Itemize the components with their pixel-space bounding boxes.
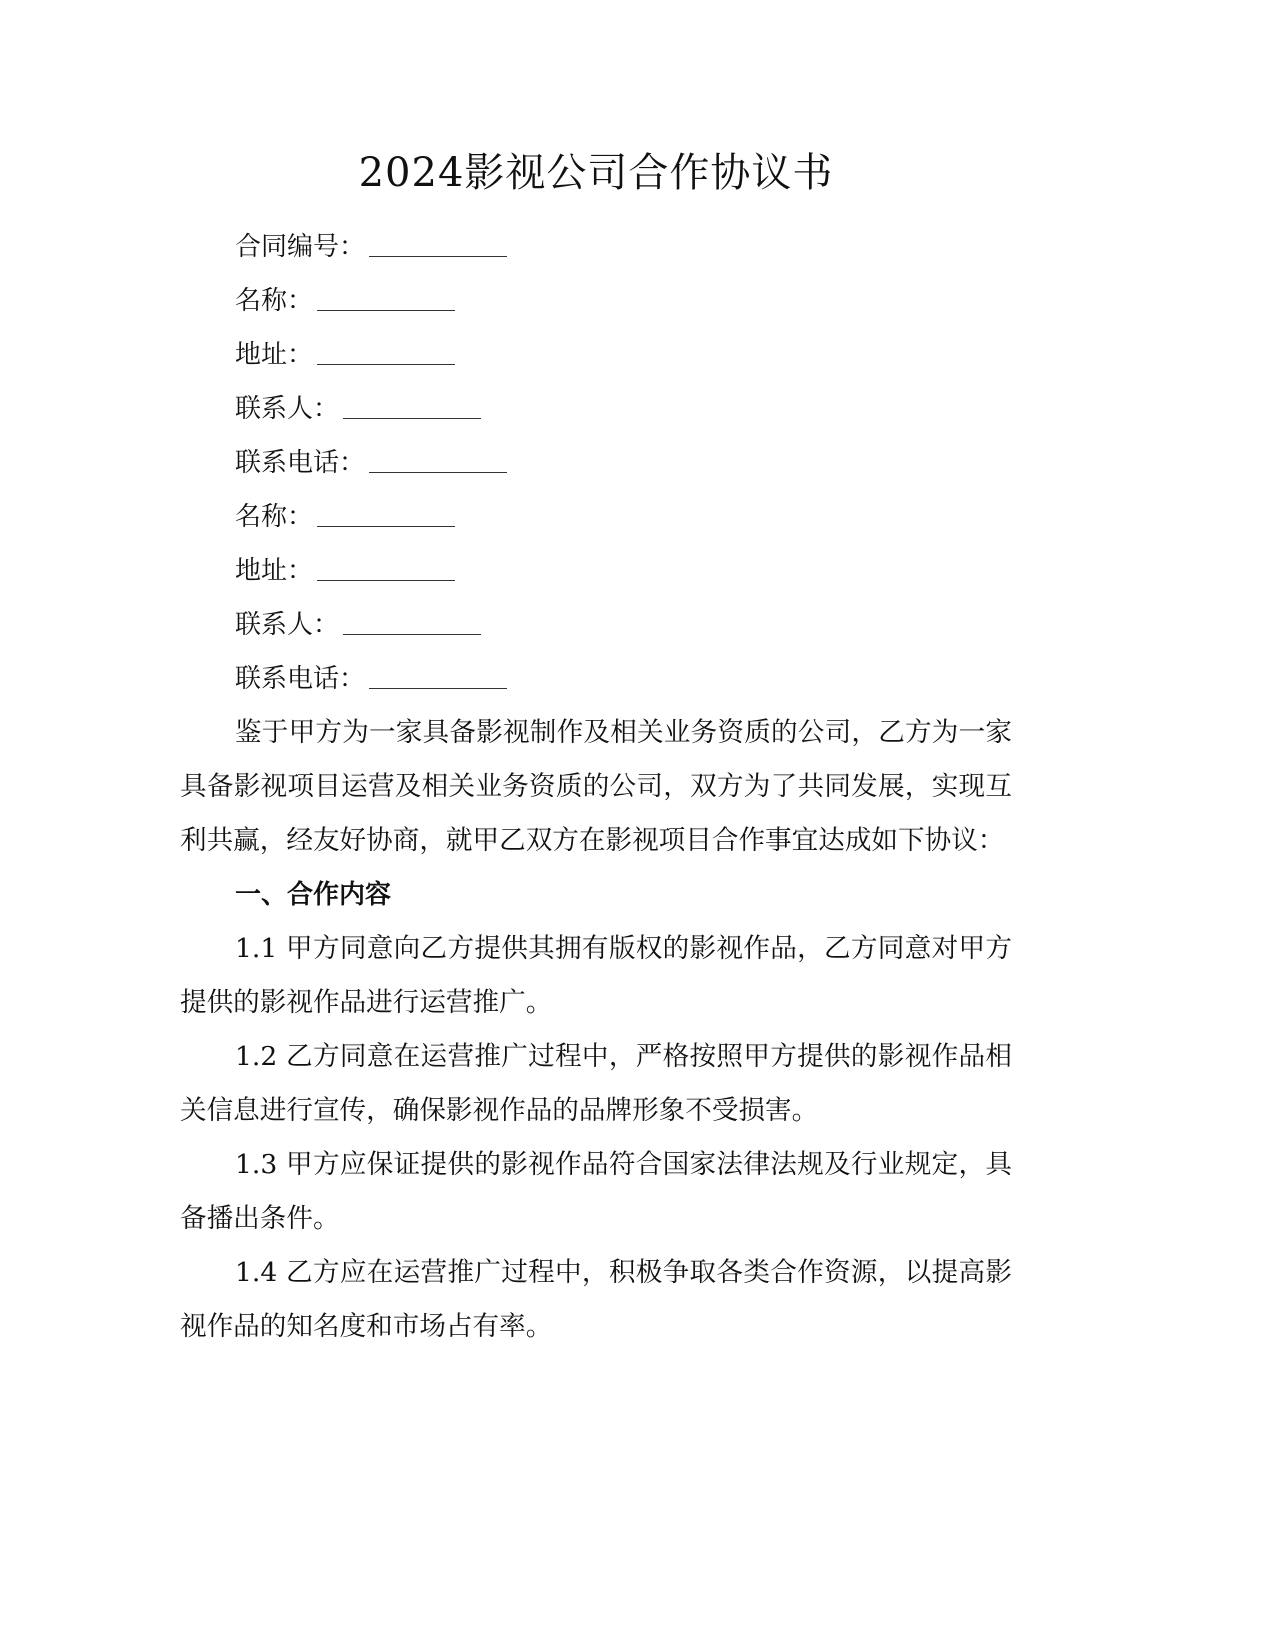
party-b-name-blank[interactable] (317, 500, 455, 527)
party-a-address-blank[interactable] (317, 338, 455, 365)
clause-1-3: 1.3 甲方应保证提供的影视作品符合国家法律法规及行业规定，具备播出条件。 (180, 1138, 1012, 1246)
party-b-address-blank[interactable] (317, 554, 455, 581)
party-a-contact-field: 联系人： (180, 382, 1012, 436)
field-label: 名称： (235, 502, 313, 532)
field-label: 地址： (235, 340, 313, 370)
party-b-contact-blank[interactable] (343, 608, 481, 635)
field-label: 联系电话： (235, 448, 365, 478)
party-a-name-blank[interactable] (317, 284, 455, 311)
contract-number-blank[interactable] (369, 230, 507, 257)
field-label: 合同编号： (235, 232, 365, 262)
party-b-name-field: 名称： (180, 490, 1012, 544)
party-a-phone-blank[interactable] (369, 446, 507, 473)
field-label: 联系人： (235, 394, 339, 424)
field-label: 联系人： (235, 610, 339, 640)
party-b-phone-blank[interactable] (369, 662, 507, 689)
clause-1-2: 1.2 乙方同意在运营推广过程中，严格按照甲方提供的影视作品相关信息进行宣传，确… (180, 1030, 1012, 1138)
contract-number-field: 合同编号： (180, 220, 1012, 274)
preamble-paragraph: 鉴于甲方为一家具备影视制作及相关业务资质的公司，乙方为一家具备影视项目运营及相关… (180, 706, 1012, 868)
party-b-phone-field: 联系电话： (180, 652, 1012, 706)
party-b-address-field: 地址： (180, 544, 1012, 598)
field-label: 地址： (235, 556, 313, 586)
clause-1-1: 1.1 甲方同意向乙方提供其拥有版权的影视作品，乙方同意对甲方提供的影视作品进行… (180, 922, 1012, 1030)
party-b-contact-field: 联系人： (180, 598, 1012, 652)
section-heading-cooperation-content: 一、合作内容 (180, 868, 1012, 922)
document-body: 鉴于甲方为一家具备影视制作及相关业务资质的公司，乙方为一家具备影视项目运营及相关… (180, 706, 1012, 1354)
party-a-phone-field: 联系电话： (180, 436, 1012, 490)
party-a-name-field: 名称： (180, 274, 1012, 328)
clause-1-4: 1.4 乙方应在运营推广过程中，积极争取各类合作资源，以提高影视作品的知名度和市… (180, 1246, 1012, 1354)
document-title: 2024影视公司合作协议书 (180, 146, 1012, 200)
party-info-fields: 合同编号： 名称： 地址： 联系人： 联系电话： 名称： 地址： 联系人： 联系… (180, 220, 1012, 706)
field-label: 名称： (235, 286, 313, 316)
party-a-address-field: 地址： (180, 328, 1012, 382)
party-a-contact-blank[interactable] (343, 392, 481, 419)
field-label: 联系电话： (235, 664, 365, 694)
